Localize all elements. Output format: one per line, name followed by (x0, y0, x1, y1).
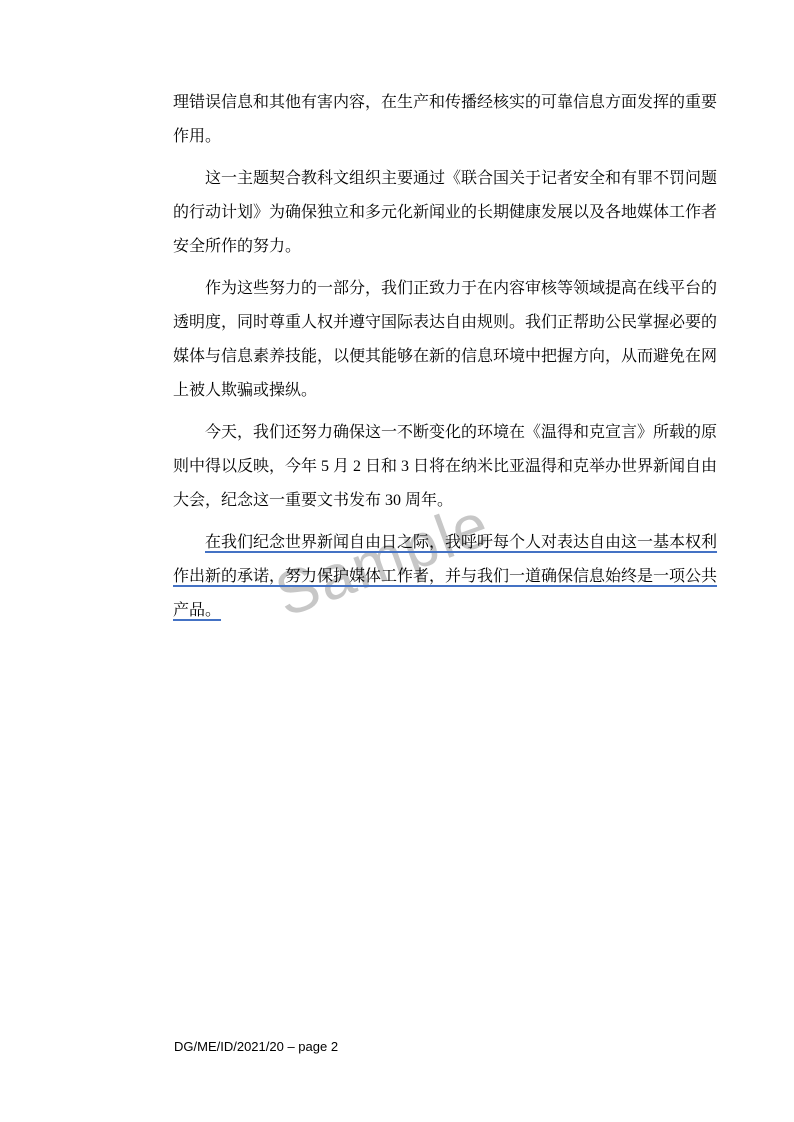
document-page: Sample 理错误信息和其他有害内容，在生产和传播经核实的可靠信息方面发挥的重… (0, 0, 794, 1122)
paragraph-efforts: 作为这些努力的一部分，我们正致力于在内容审核等领域提高在线平台的透明度，同时尊重… (173, 272, 717, 408)
paragraph-call-to-action-underlined: 在我们纪念世界新闻自由日之际，我呼吁每个人对表达自由这一基本权利作出新的承诺，努… (173, 526, 717, 628)
paragraph-continuation: 理错误信息和其他有害内容，在生产和传播经核实的可靠信息方面发挥的重要作用。 (173, 86, 717, 154)
footer-document-reference: DG/ME/ID/2021/20 – page 2 (174, 1039, 338, 1055)
paragraph-windhoek: 今天，我们还努力确保这一不断变化的环境在《温得和克宣言》所载的原则中得以反映，今… (173, 416, 717, 518)
document-body: 理错误信息和其他有害内容，在生产和传播经核实的可靠信息方面发挥的重要作用。 这一… (173, 86, 717, 636)
paragraph-theme: 这一主题契合教科文组织主要通过《联合国关于记者安全和有罪不罚问题的行动计划》为确… (173, 162, 717, 264)
